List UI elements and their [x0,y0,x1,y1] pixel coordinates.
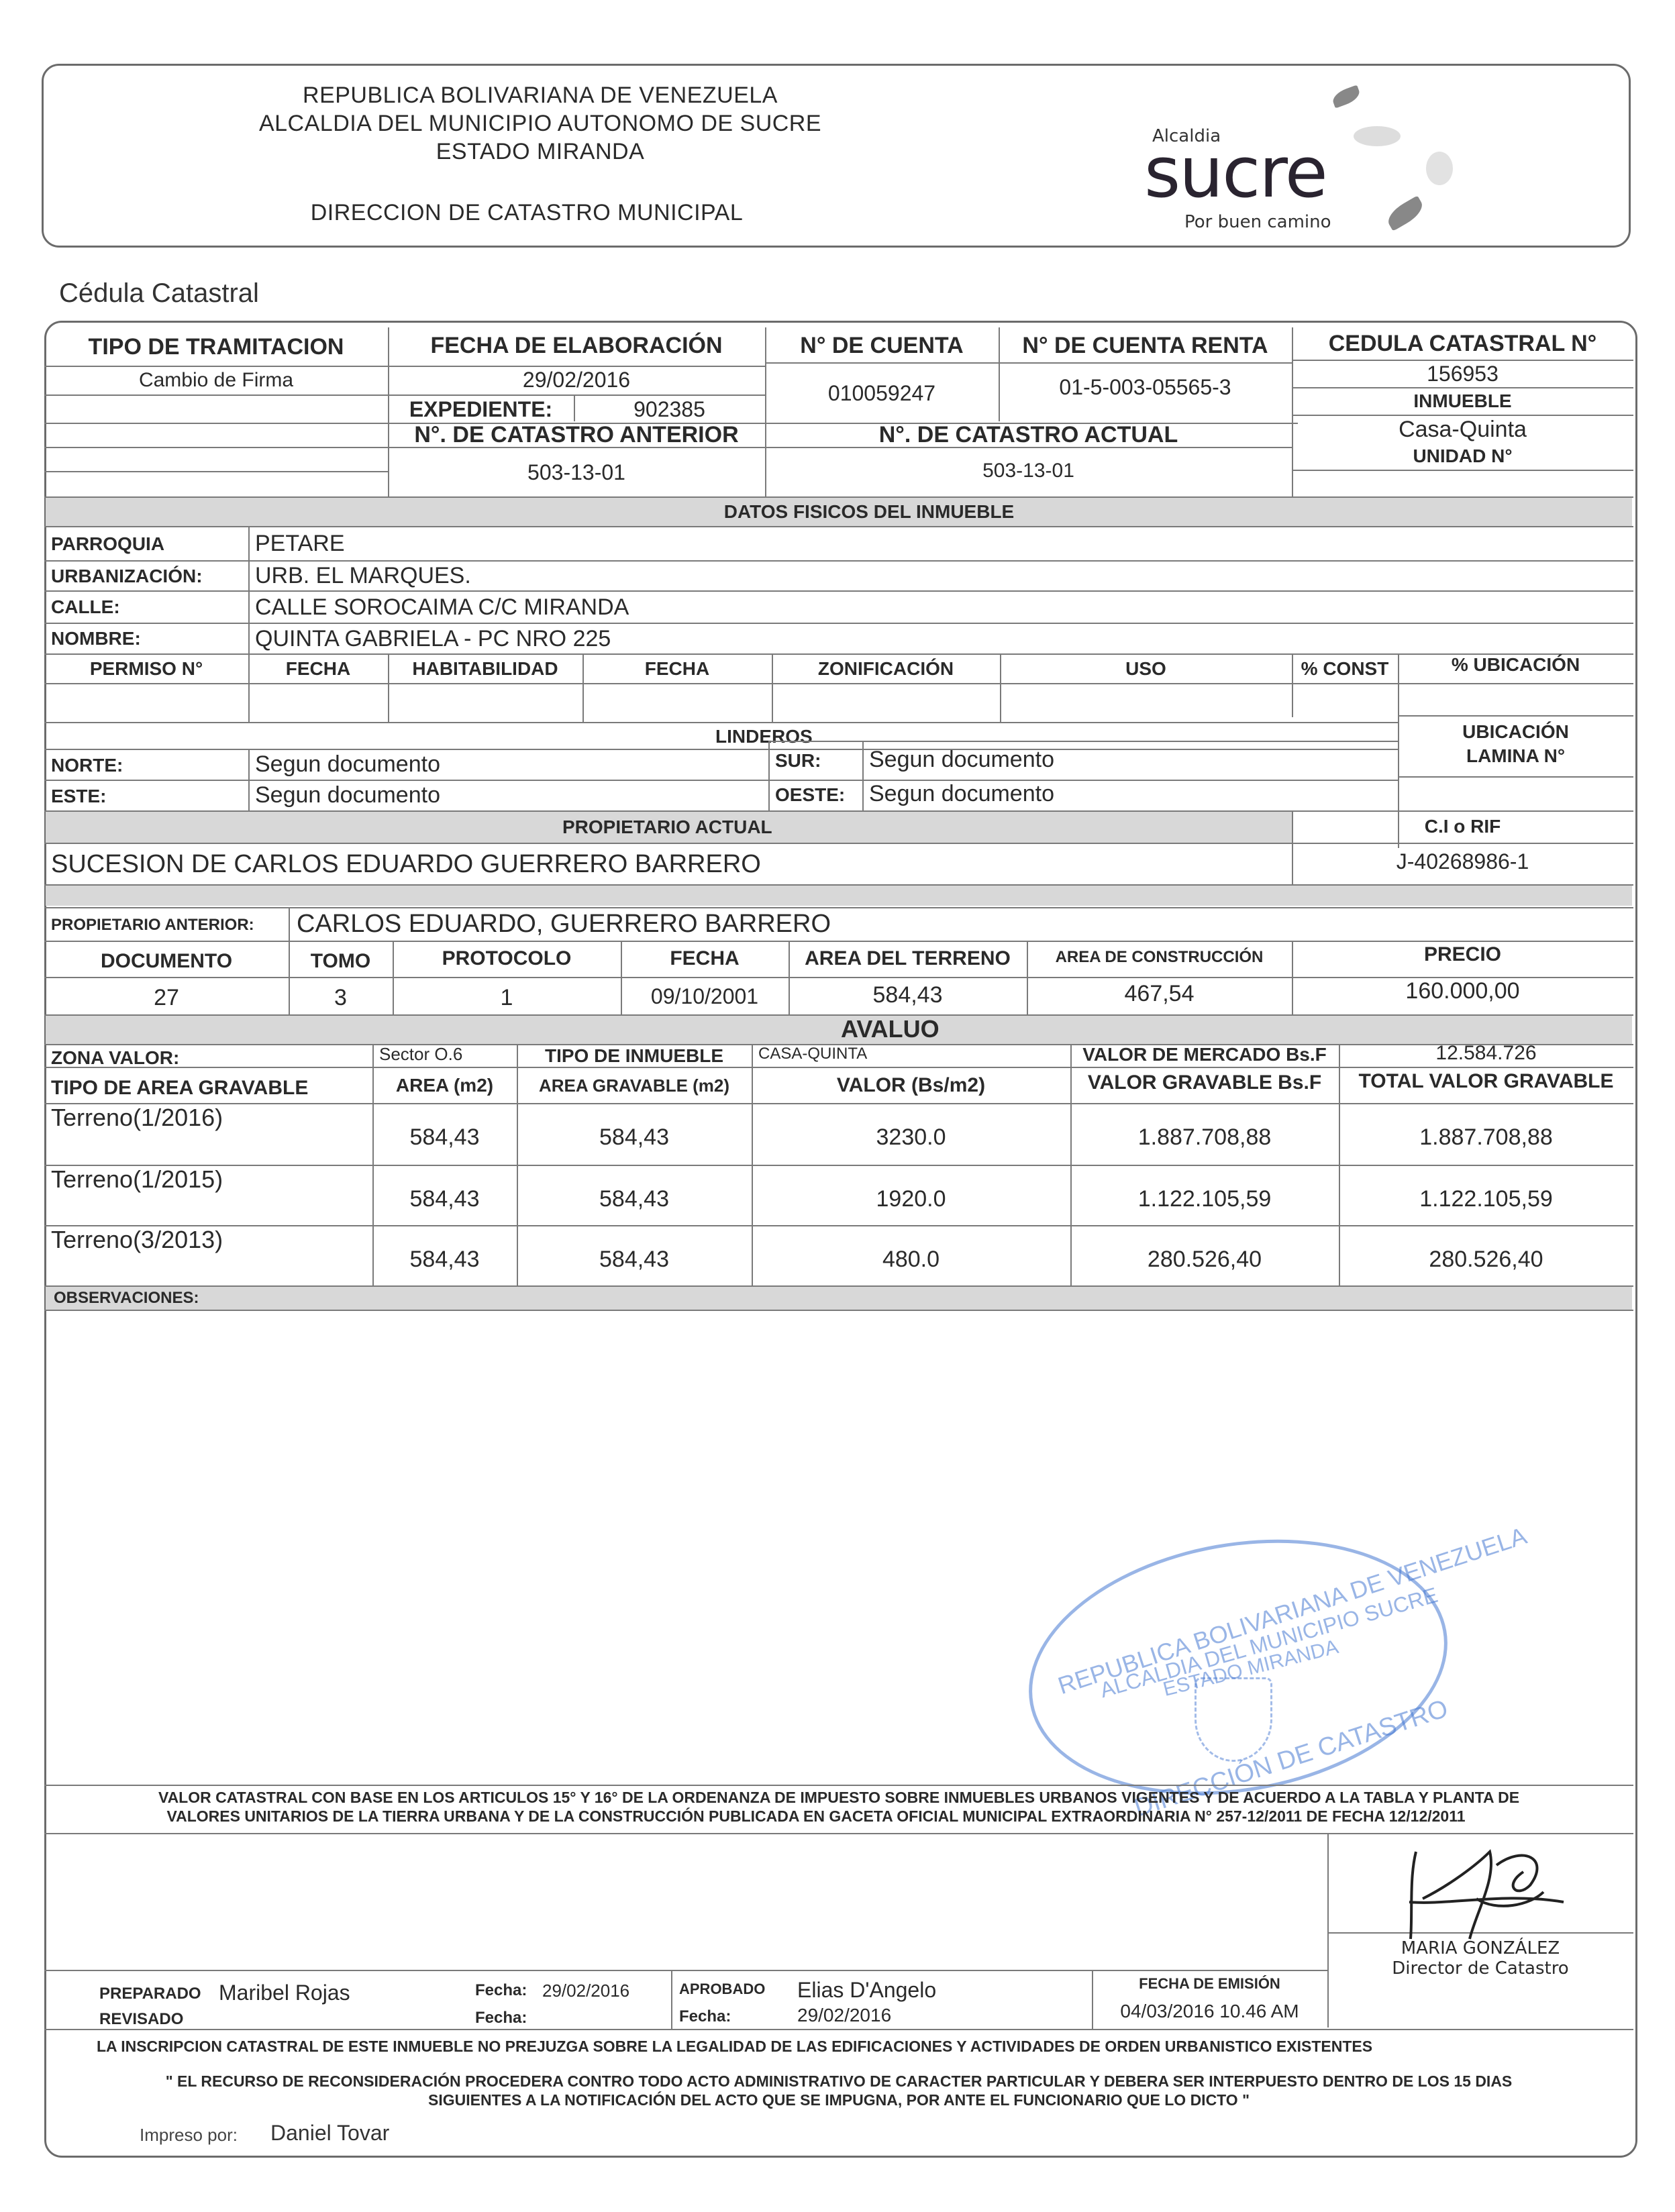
urbanizacion-value: URB. EL MARQUES. [250,562,1458,590]
fecha-emision-value: 04/03/2016 10.46 AM [1092,1999,1327,2023]
tipo-tramitacion-value: Cambio de Firma [44,367,388,394]
avaluo-cell: 584,43 [517,1233,752,1285]
avaluo-header-area-gravable: AREA GRAVABLE (m2) [517,1071,752,1100]
ci-rif-value: J-40268986-1 [1292,844,1633,879]
avaluo-row-tipo: Terreno(3/2013) [46,1226,371,1253]
director-signature [1396,1838,1577,1946]
preparado-fecha-label: Fecha: [470,1979,537,2002]
protocolo-value: 1 [393,981,621,1014]
parroquia-value: PETARE [250,527,1458,560]
catastro-anterior-value: 503-13-01 [388,451,765,494]
impreso-value: Daniel Tovar [265,2120,466,2146]
logo-sucre-text: sucre [1144,131,1327,213]
logo-leaf-icon [1426,152,1453,185]
tomo-value: 3 [289,981,393,1014]
fecha-emision-label: FECHA DE EMISIÓN [1092,1972,1327,1995]
header-line-4: DIRECCION DE CATASTRO MUNICIPAL [44,200,1010,226]
propietario-actual-name: SUCESION DE CARLOS EDUARDO GUERRERO BARR… [46,845,1287,883]
director-title: Director de Catastro [1327,1958,1633,1979]
director-name: MARIA GONZÁLEZ [1327,1938,1633,1959]
logo-leaf-icon [1354,126,1401,146]
cedula-catastral-value: 156953 [1292,360,1633,387]
permiso-fecha-header: FECHA [248,655,388,683]
parroquia-label: PARROQUIA [46,527,247,560]
catastro-actual-value: 503-13-01 [765,448,1292,494]
inmueble-label: INMUEBLE [1292,388,1633,415]
zona-valor-label: ZONA VALOR: [46,1048,371,1068]
fecha-value: 09/10/2001 [621,980,789,1013]
header-line-1: REPUBLICA BOLIVARIANA DE VENEZUELA [44,83,1037,109]
propietario-actual-spacer [46,886,1632,906]
pct-ubicacion-header: % UBICACIÓN [1398,651,1633,679]
inmueble-value: Casa-Quinta [1292,416,1633,443]
avaluo-header-valor: VALOR (Bs/m2) [752,1071,1070,1100]
propietario-anterior-label: PROPIETARIO ANTERIOR: [46,910,287,941]
avaluo-header-valor-gravable: VALOR GRAVABLE Bs.F [1070,1068,1339,1098]
urbanizacion-label: URBANIZACIÓN: [46,562,247,590]
documento-header: DOCUMENTO [44,946,289,977]
cuenta-renta-value: 01-5-003-05565-3 [999,366,1292,409]
avaluo-cell: 280.526,40 [1339,1233,1633,1285]
preparado-fecha-value: 29/02/2016 [537,1979,671,2002]
logo-leaf-icon [1331,85,1362,108]
revisado-label: REVISADO [94,2009,215,2030]
preparado-value: Maribel Rojas [213,1981,415,2005]
avaluo-title: AVALUO [46,1014,1632,1044]
aprobado-value: Elias D'Angelo [792,1978,1087,2002]
catastro-anterior-label: N°. DE CATASTRO ANTERIOR [388,423,765,447]
calle-value: CALLE SOROCAIMA C/C MIRANDA [250,592,1458,623]
propietario-anterior-name: CARLOS EDUARDO, GUERRERO BARRERO [291,908,1566,939]
este-value: Segun documento [250,781,766,809]
logo-tagline: Por buen camino [1184,212,1331,232]
habitabilidad-fecha-header: FECHA [582,655,772,683]
area-terreno-value: 584,43 [789,978,1027,1012]
observaciones-label: OBSERVACIONES: [48,1287,451,1310]
avaluo-row-tipo: Terreno(1/2015) [46,1166,371,1193]
zona-valor-value: Sector O.6 [374,1044,515,1064]
oeste-label: OESTE: [770,780,861,810]
avaluo-cell: 3230.0 [752,1111,1070,1163]
logo-leaf-icon [1384,195,1427,231]
valor-mercado-value: 12.584.726 [1339,1043,1633,1064]
area-construccion-value: 467,54 [1027,977,1292,1010]
avaluo-cell: 1.122.105,59 [1339,1173,1633,1225]
avaluo-cell: 584,43 [372,1111,517,1163]
ci-rif-label: C.I o RIF [1292,812,1633,841]
expediente-value: 902385 [574,396,765,423]
avaluo-cell: 584,43 [372,1173,517,1225]
avaluo-cell: 480.0 [752,1233,1070,1285]
expediente-label: EXPEDIENTE: [388,396,574,423]
sur-value: Segun documento [864,742,1394,777]
permiso-header: PERMISO N° [44,655,248,683]
fecha-elaboracion-label: FECHA DE ELABORACIÓN [388,329,765,362]
norte-value: Segun documento [250,750,766,778]
zonificacion-header: ZONIFICACIÓN [772,655,1000,683]
avaluo-cell: 584,43 [372,1233,517,1285]
avaluo-header-total: TOTAL VALOR GRAVABLE [1339,1067,1633,1096]
document-title: Cédula Catastral [59,278,259,309]
avaluo-cell: 1.887.708,88 [1070,1111,1339,1163]
avaluo-cell: 584,43 [517,1173,752,1225]
header-line-3: ESTADO MIRANDA [44,139,1037,165]
nombre-value: QUINTA GABRIELA - PC NRO 225 [250,624,1458,653]
legal-note-line-2: VALORES UNITARIOS DE LA TIERRA URBANA Y … [44,1806,1588,1826]
header-box: REPUBLICA BOLIVARIANA DE VENEZUELA ALCAL… [42,64,1631,248]
avaluo-cell: 1.887.708,88 [1339,1111,1633,1163]
oeste-value: Segun documento [864,778,1394,809]
disclaimer-3: SIGUIENTES A LA NOTIFICACIÓN DEL ACTO QU… [44,2089,1633,2111]
unidad-label: UNIDAD N° [1292,443,1633,470]
avaluo-cell: 584,43 [517,1111,752,1163]
revisado-fecha-label: Fecha: [470,2007,537,2029]
aprobado-label: APROBADO [674,1978,781,2001]
tomo-header: TOMO [289,946,393,977]
uso-header: USO [1000,655,1292,683]
precio-value: 160.000,00 [1292,974,1633,1008]
legal-note-line-1: VALOR CATASTRAL CON BASE EN LOS ARTICULO… [44,1787,1633,1807]
tipo-inmueble-label: TIPO DE INMUEBLE [517,1045,752,1067]
tipo-tramitacion-label: TIPO DE TRAMITACION [44,329,388,366]
fecha-elaboracion-value: 29/02/2016 [388,366,765,394]
coat-of-arms-icon [1195,1677,1272,1762]
impreso-label: Impreso por: [134,2123,268,2147]
avaluo-cell: 1920.0 [752,1173,1070,1225]
lamina-label: LAMINA N° [1398,743,1633,769]
disclaimer-1: LA INSCRIPCION CATASTRAL DE ESTE INMUEBL… [91,2033,1601,2060]
valor-mercado-label: VALOR DE MERCADO Bs.F [1070,1044,1339,1065]
catastro-actual-label: N°. DE CATASTRO ACTUAL [765,423,1292,447]
cuenta-renta-label: N° DE CUENTA RENTA [999,329,1292,362]
sucre-logo: Alcaldia sucre Por buen camino [1144,72,1480,240]
aprobado-fecha-label: Fecha: [674,2006,781,2027]
avaluo-cell: 1.122.105,59 [1070,1173,1339,1225]
sur-label: SUR: [770,743,861,778]
header-line-2: ALCALDIA DEL MUNICIPIO AUTONOMO DE SUCRE [44,111,1037,137]
fecha-header: FECHA [621,943,789,974]
pct-const-header: % CONST [1292,655,1398,683]
calle-label: CALLE: [46,592,247,623]
area-construccion-header: AREA DE CONSTRUCCIÓN [1027,942,1292,973]
cuenta-label: N° DE CUENTA [765,329,999,362]
tipo-inmueble-value: CASA-QUINTA [753,1044,1068,1064]
cuenta-value: 010059247 [765,366,999,421]
preparado-label: PREPARADO [94,1982,215,2006]
avaluo-row-tipo: Terreno(1/2016) [46,1104,371,1131]
unidad-value [1292,471,1633,496]
avaluo-header-area: AREA (m2) [372,1071,517,1100]
avaluo-header-tipo-area: TIPO DE AREA GRAVABLE [46,1073,371,1103]
area-terreno-header: AREA DEL TERRENO [789,943,1027,974]
cedula-catastral-label: CEDULA CATASTRAL N° [1292,327,1633,360]
propietario-actual-title: PROPIETARIO ACTUAL [46,812,1292,843]
habitabilidad-header: HABITABILIDAD [388,655,582,683]
nombre-label: NOMBRE: [46,624,247,653]
official-stamp: REPUBLICA BOLIVARIANA DE VENEZUELA ALCAL… [1027,1543,1456,1791]
ubicacion-label: UBICACIÓN [1398,719,1633,745]
aprobado-fecha-value: 29/02/2016 [792,2005,993,2026]
avaluo-cell: 280.526,40 [1070,1233,1339,1285]
documento-value: 27 [44,981,289,1014]
datos-fisicos-title: DATOS FISICOS DEL INMUEBLE [46,498,1632,526]
este-label: ESTE: [46,782,247,810]
precio-header: PRECIO [1292,939,1633,970]
protocolo-header: PROTOCOLO [393,943,621,974]
norte-label: NORTE: [46,751,247,780]
